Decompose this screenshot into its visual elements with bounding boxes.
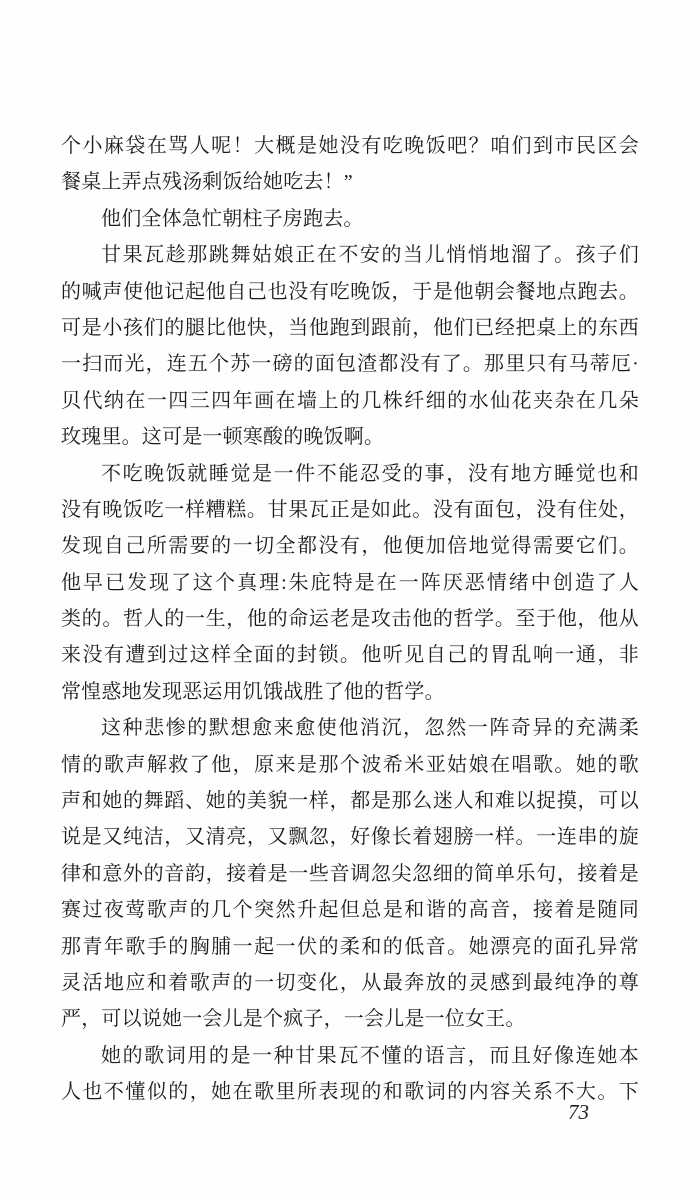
text-line: 发现自己所需要的一切全都没有，他便加倍地觉得需要它们。 [61,528,639,564]
page-text: 个小麻袋在骂人呢！大概是她没有吃晚饭吧？咱们到市民区会餐桌上弄点残汤剩饭给她吃去… [61,128,639,1111]
text-line: 贝代纳在一四三四年画在墙上的几株纤细的水仙花夹杂在几朵 [61,383,639,419]
text-line: 情的歌声解救了他，原来是那个波希米亚姑娘在唱歌。她的歌 [61,747,639,783]
book-page: 个小麻袋在骂人呢！大概是她没有吃晚饭吧？咱们到市民区会餐桌上弄点残汤剩饭给她吃去… [0,0,700,1195]
text-line: 她的歌词用的是一种甘果瓦不懂的语言，而且好像连她本 [61,1038,639,1074]
text-line: 人也不懂似的，她在歌里所表现的和歌词的内容关系不大。下 [61,1074,639,1110]
page-number: 73 [568,1100,608,1125]
text-line: 一扫而光，连五个苏一磅的面包渣都没有了。那里只有马蒂厄· [61,346,639,382]
text-line: 赛过夜莺歌声的几个突然升起但总是和谐的高音，接着是随同 [61,892,639,928]
text-line: 声和她的舞蹈、她的美貌一样，都是那么迷人和难以捉摸，可以 [61,783,639,819]
text-line: 类的。哲人的一生，他的命运老是攻击他的哲学。至于他，他从 [61,601,639,637]
text-line: 说是又纯洁，又清亮，又飘忽，好像长着翅膀一样。一连串的旋 [61,819,639,855]
text-line: 律和意外的音韵，接着是一些音调忽尖忽细的简单乐句，接着是 [61,856,639,892]
text-line: 这种悲惨的默想愈来愈使他消沉，忽然一阵奇异的充满柔 [61,710,639,746]
text-line: 可是小孩们的腿比他快，当他跑到跟前，他们已经把桌上的东西 [61,310,639,346]
text-line: 没有晚饭吃一样糟糕。甘果瓦正是如此。没有面包，没有住处， [61,492,639,528]
text-line: 的喊声使他记起他自己也没有吃晚饭，于是他朝会餐地点跑去。 [61,274,639,310]
text-line: 餐桌上弄点残汤剩饭给她吃去！” [61,164,639,200]
text-line: 常惶惑地发现恶运用饥饿战胜了他的哲学。 [61,674,639,710]
text-line: 个小麻袋在骂人呢！大概是她没有吃晚饭吧？咱们到市民区会 [61,128,639,164]
text-line: 不吃晚饭就睡觉是一件不能忍受的事，没有地方睡觉也和 [61,456,639,492]
text-line: 玫瑰里。这可是一顿寒酸的晚饭啊。 [61,419,639,455]
text-line: 来没有遭到过这样全面的封锁。他听见自己的胃乱响一通，非 [61,637,639,673]
text-line: 严，可以说她一会儿是个疯子，一会儿是一位女王。 [61,1001,639,1037]
text-line: 他们全体急忙朝柱子房跑去。 [61,201,639,237]
text-line: 那青年歌手的胸脯一起一伏的柔和的低音。她漂亮的面孔异常 [61,929,639,965]
text-line: 甘果瓦趁那跳舞姑娘正在不安的当儿悄悄地溜了。孩子们 [61,237,639,273]
text-line: 灵活地应和着歌声的一切变化，从最奔放的灵感到最纯净的尊 [61,965,639,1001]
text-line: 他早已发现了这个真理:朱庇特是在一阵厌恶情绪中创造了人 [61,565,639,601]
